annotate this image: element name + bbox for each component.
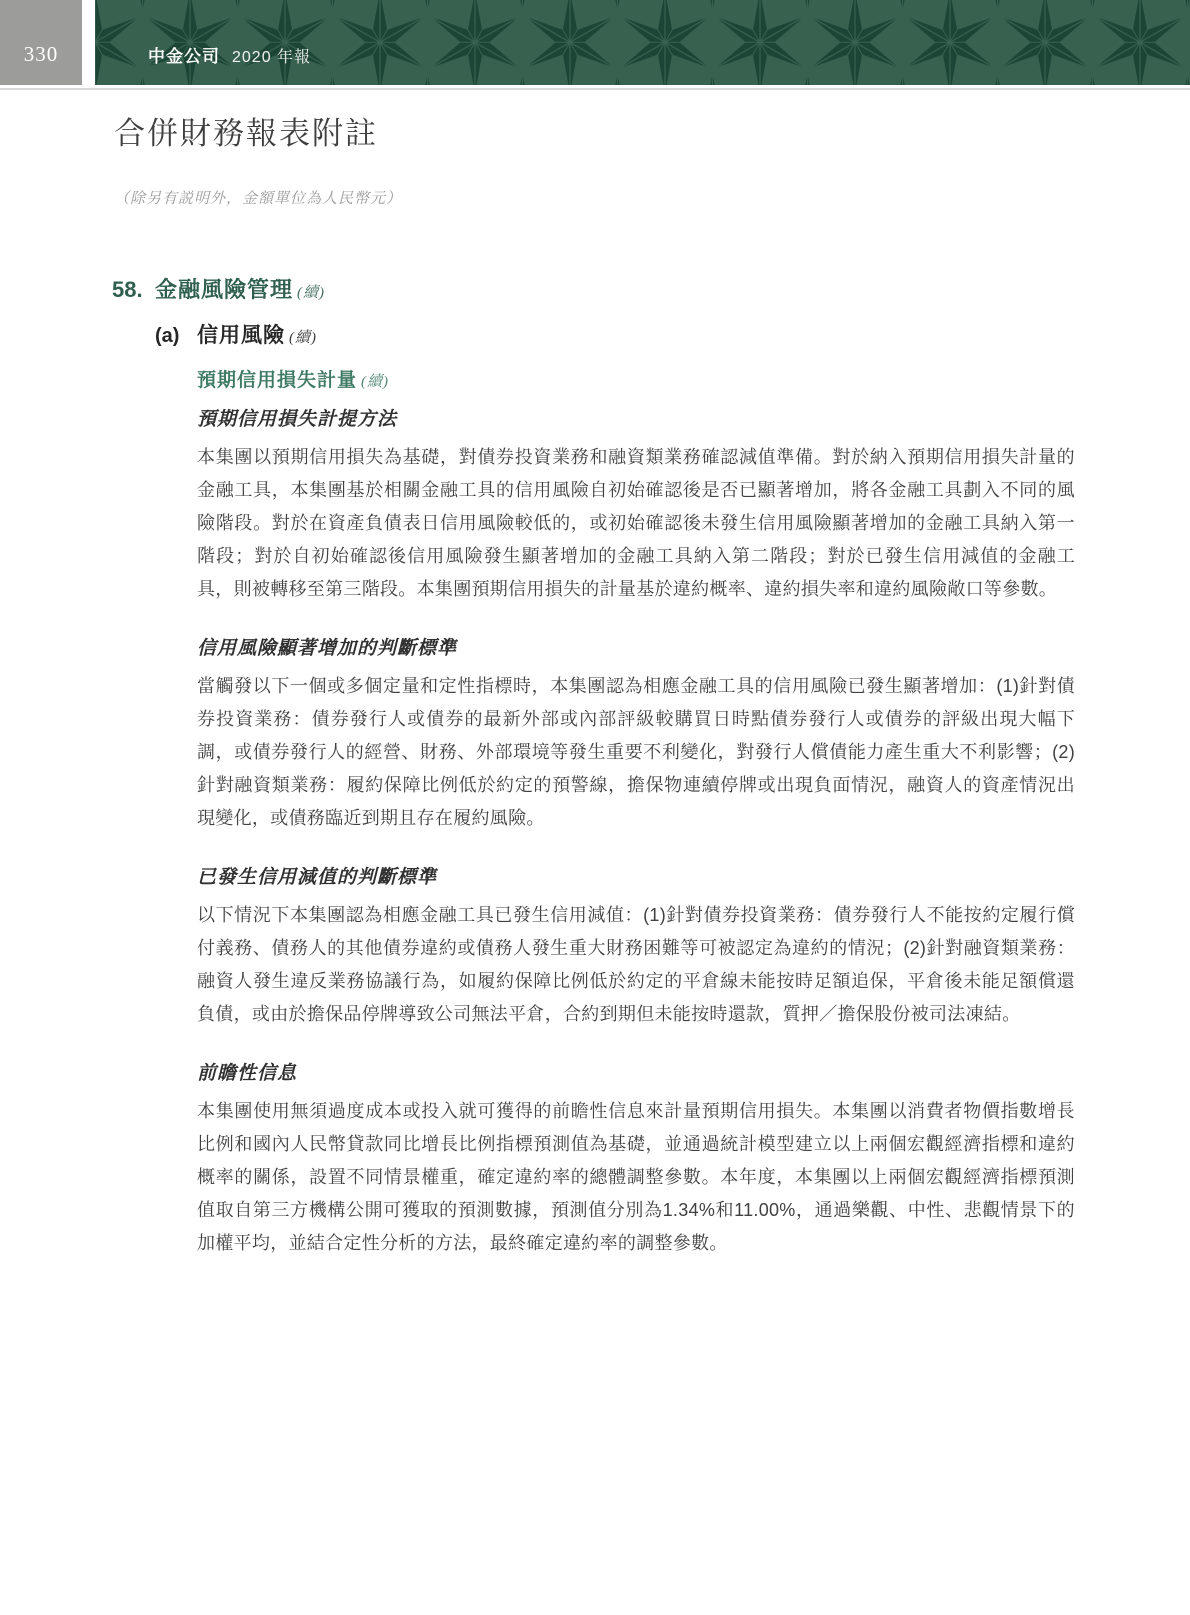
continued-marker: (續) [361, 369, 389, 396]
continued-marker: (續) [289, 330, 317, 346]
company-name: 中金公司 [148, 42, 220, 67]
notes-content: 58. 金融風險管理(續) (a) 信用風險(續) 預期信用損失計量(續) 預期… [112, 275, 1078, 1260]
continued-marker: (續) [297, 285, 325, 301]
subsection-title: 信用風險(續) [197, 321, 317, 353]
subsection-label: (a) [155, 322, 197, 351]
currency-unit-note: （除另有説明外，金額單位為人民幣元） [114, 187, 402, 208]
block-heading: 預期信用損失計提方法 [197, 407, 1075, 433]
topic-title: 預期信用損失計量 [197, 367, 357, 394]
report-year-label: 2020 年報 [232, 44, 311, 67]
header-divider [0, 88, 1190, 90]
topic-heading: 預期信用損失計量(續) [197, 367, 1078, 396]
block-heading: 前瞻性信息 [197, 1061, 1075, 1087]
page-number: 330 [24, 42, 59, 67]
block-paragraph: 本集團以預期信用損失為基礎，對債券投資業務和融資類業務確認減值準備。對於納入預期… [197, 441, 1075, 606]
subsection-heading: (a) 信用風險(續) [155, 321, 1078, 353]
page-number-box: 330 [0, 0, 82, 85]
block-paragraph: 以下情況下本集團認為相應金融工具已發生信用減值：(1)針對債券投資業務：債券發行… [197, 899, 1075, 1031]
header-band: 中金公司 2020 年報 [95, 0, 1190, 85]
annual-report-page: 330 [0, 0, 1190, 1615]
section-heading: 58. 金融風險管理(續) [112, 275, 1078, 308]
block-heading: 信用風險顯著增加的判斷標準 [197, 636, 1075, 662]
block-forward-looking-info: 前瞻性信息 本集團使用無須過度成本或投入就可獲得的前瞻性信息來計量預期信用損失。… [197, 1061, 1075, 1260]
block-heading: 已發生信用減值的判斷標準 [197, 865, 1075, 891]
block-ecl-method: 預期信用損失計提方法 本集團以預期信用損失為基礎，對債券投資業務和融資類業務確認… [197, 407, 1075, 606]
block-sicr-criteria: 信用風險顯著增加的判斷標準 當觸發以下一個或多個定量和定性指標時，本集團認為相應… [197, 636, 1075, 835]
header-brand: 中金公司 2020 年報 [148, 42, 311, 67]
topic-blocks: 預期信用損失計提方法 本集團以預期信用損失為基礎，對債券投資業務和融資類業務確認… [197, 407, 1075, 1260]
section-title: 金融風險管理(續) [155, 275, 325, 308]
section-number: 58. [112, 275, 155, 305]
block-paragraph: 本集團使用無須過度成本或投入就可獲得的前瞻性信息來計量預期信用損失。本集團以消費… [197, 1095, 1075, 1260]
document-title: 合併財務報表附註 [114, 108, 378, 153]
block-impairment-criteria: 已發生信用減值的判斷標準 以下情況下本集團認為相應金融工具已發生信用減值：(1)… [197, 865, 1075, 1031]
block-paragraph: 當觸發以下一個或多個定量和定性指標時，本集團認為相應金融工具的信用風險已發生顯著… [197, 670, 1075, 835]
